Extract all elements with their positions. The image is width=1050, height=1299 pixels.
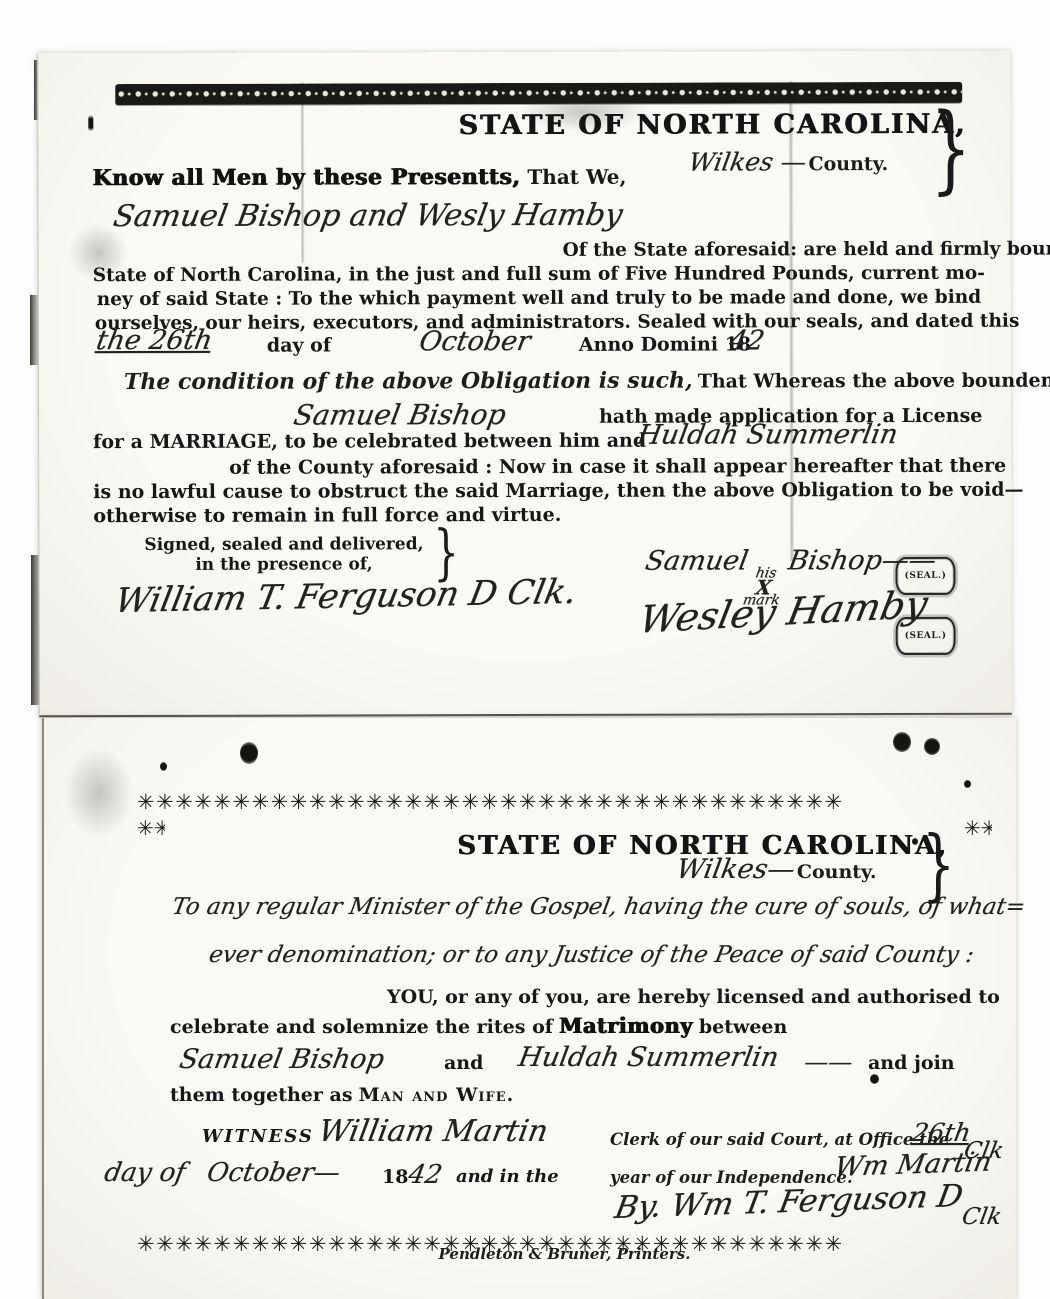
celebrate-post: between xyxy=(699,1016,788,1038)
signed-sealed-block: Signed, sealed and delivered, in the pre… xyxy=(144,534,423,575)
condition-italic: The condition of the above Obligation is… xyxy=(124,368,693,395)
seal-label: (SEAL.) xyxy=(905,631,947,641)
brace-ornament: } xyxy=(930,94,971,205)
printed-chain-border xyxy=(115,82,962,105)
principals-handwritten: Samuel Bishop and Wesly Hamby xyxy=(111,198,626,234)
celebrate-line: celebrate and solemnize the rites of Mat… xyxy=(170,1013,787,1038)
ink-spot xyxy=(160,762,167,771)
county-handwritten: Wilkes — xyxy=(686,147,808,176)
clk-mark: Clk xyxy=(962,1138,1005,1164)
virtue-line: otherwise to remain in full force and vi… xyxy=(93,504,561,527)
condition-roman: That Whereas the above bounden xyxy=(698,370,1050,393)
frame-border-top: ✳✳✳✳✳✳✳✳✳✳✳✳✳✳✳✳✳✳✳✳✳✳✳✳✳✳✳✳✳✳✳✳✳✳✳✳✳ xyxy=(137,790,992,816)
salutation-roman: That We, xyxy=(527,165,626,189)
flourish-dash: —— xyxy=(802,1048,855,1076)
ink-smudge xyxy=(64,748,134,838)
bond-year-handwritten: 42 xyxy=(727,325,767,356)
year-handwritten: 42 xyxy=(406,1160,444,1190)
flourish-dash: — xyxy=(311,1158,342,1188)
day-of-label: day of xyxy=(267,335,331,357)
signed-line2: in the presence of, xyxy=(144,554,423,575)
county-label: County. xyxy=(808,153,888,175)
bond-date-day-handwritten: the 26th xyxy=(94,325,215,356)
bond-body-line4: ourselves, our heirs, executors, and adm… xyxy=(95,311,1020,334)
year-prefix-label: 18 xyxy=(382,1166,408,1188)
month-hw-text: October xyxy=(205,1158,317,1188)
dayof-hw-text: day of xyxy=(102,1158,188,1188)
bride-handwritten: Huldah Summerlin xyxy=(635,419,900,451)
clk-mark: Clk xyxy=(960,1204,1003,1230)
ink-spot xyxy=(893,732,911,752)
anno-domini-label: Anno Domini 18 xyxy=(579,333,751,355)
matrimony-word: Matrimony xyxy=(559,1013,693,1038)
and-label: and xyxy=(444,1052,483,1074)
salutation-blackletter: Know all Men by these Presentts, xyxy=(92,164,520,191)
county-label: County. xyxy=(797,861,877,883)
lawful-line: is no lawful cause to obstruct the said … xyxy=(93,479,1023,503)
clerk-office-label: Clerk of our said Court, at Office the xyxy=(610,1130,949,1149)
ink-spot xyxy=(240,742,258,764)
seal-label: (SEAL.) xyxy=(905,571,947,581)
scanned-document-canvas: STATE OF NORTH CAROLINA, } Wilkes — Coun… xyxy=(0,0,1050,1299)
condition-line: The condition of the above Obligation is… xyxy=(124,367,1050,395)
office-day-handwritten: 26th xyxy=(910,1118,973,1147)
ink-spot xyxy=(924,738,940,755)
printer-credit: Pendleton & Bruner, Printers. xyxy=(137,1245,992,1263)
marriage-line: for a MARRIAGE, to be celebrated between… xyxy=(93,430,646,453)
bond-salutation: Know all Men by these Presentts, That We… xyxy=(92,164,626,191)
seal-stamp: (SEAL.) xyxy=(896,617,956,655)
ink-spot xyxy=(88,115,93,131)
bride-name-handwritten: Huldah Summerlin xyxy=(516,1042,781,1073)
bond-county-line: Wilkes — County. xyxy=(686,147,888,177)
authorize-line: YOU, or any of you, are hereby licensed … xyxy=(387,986,1000,1008)
bond-body-line3: ney of said State : To the which payment… xyxy=(97,287,981,310)
witness-label: WITNESS xyxy=(202,1126,314,1147)
manwife-pre: them together as xyxy=(170,1084,353,1106)
aforesaid-line: of the County aforesaid : Now in case it… xyxy=(229,455,1006,479)
clerk-name-handwritten: William Martin xyxy=(316,1114,551,1149)
and-join-label: and join xyxy=(868,1052,955,1074)
groom-sig-last: Bishop xyxy=(786,545,885,576)
witness-signature: William T. Ferguson D Clk. xyxy=(112,572,581,621)
and-in-the-label: and in the xyxy=(456,1166,559,1187)
groom-name-handwritten: Samuel Bishop xyxy=(177,1044,387,1075)
dayof-handwritten: day of October— xyxy=(102,1158,342,1188)
bond-body-line1: Of the State aforesaid: are held and fir… xyxy=(563,238,1050,261)
applicant-handwritten: Samuel Bishop xyxy=(291,398,508,432)
address-line1: To any regular Minister of the Gospel, h… xyxy=(170,894,1027,920)
bond-title: STATE OF NORTH CAROLINA, xyxy=(458,109,966,141)
marriage-license-page: ✳✳✳✳✳✳✳✳✳✳✳✳✳✳✳✳✳✳✳✳✳✳✳✳✳✳✳✳✳✳✳✳✳✳✳✳✳ ✳✳… xyxy=(42,718,1016,1299)
marriage-bond-page: STATE OF NORTH CAROLINA, } Wilkes — Coun… xyxy=(37,51,1012,718)
man-wife-line: them together as Man and Wife. xyxy=(170,1084,514,1106)
address-line2: ever denomination; or to any Justice of … xyxy=(207,942,976,968)
bond-body-line2: State of North Carolina, in the just and… xyxy=(93,263,985,286)
ink-spot xyxy=(964,780,971,788)
manwife-caps: Man and Wife. xyxy=(359,1084,515,1106)
license-county-line: Wilkes— County. xyxy=(674,854,877,885)
county-handwritten: Wilkes— xyxy=(674,854,797,885)
bond-month-handwritten: October xyxy=(417,326,533,357)
groom-sig-first: Samuel xyxy=(643,545,751,576)
signed-line1: Signed, sealed and delivered, xyxy=(144,534,423,555)
celebrate-pre: celebrate and solemnize the rites of xyxy=(170,1016,553,1038)
